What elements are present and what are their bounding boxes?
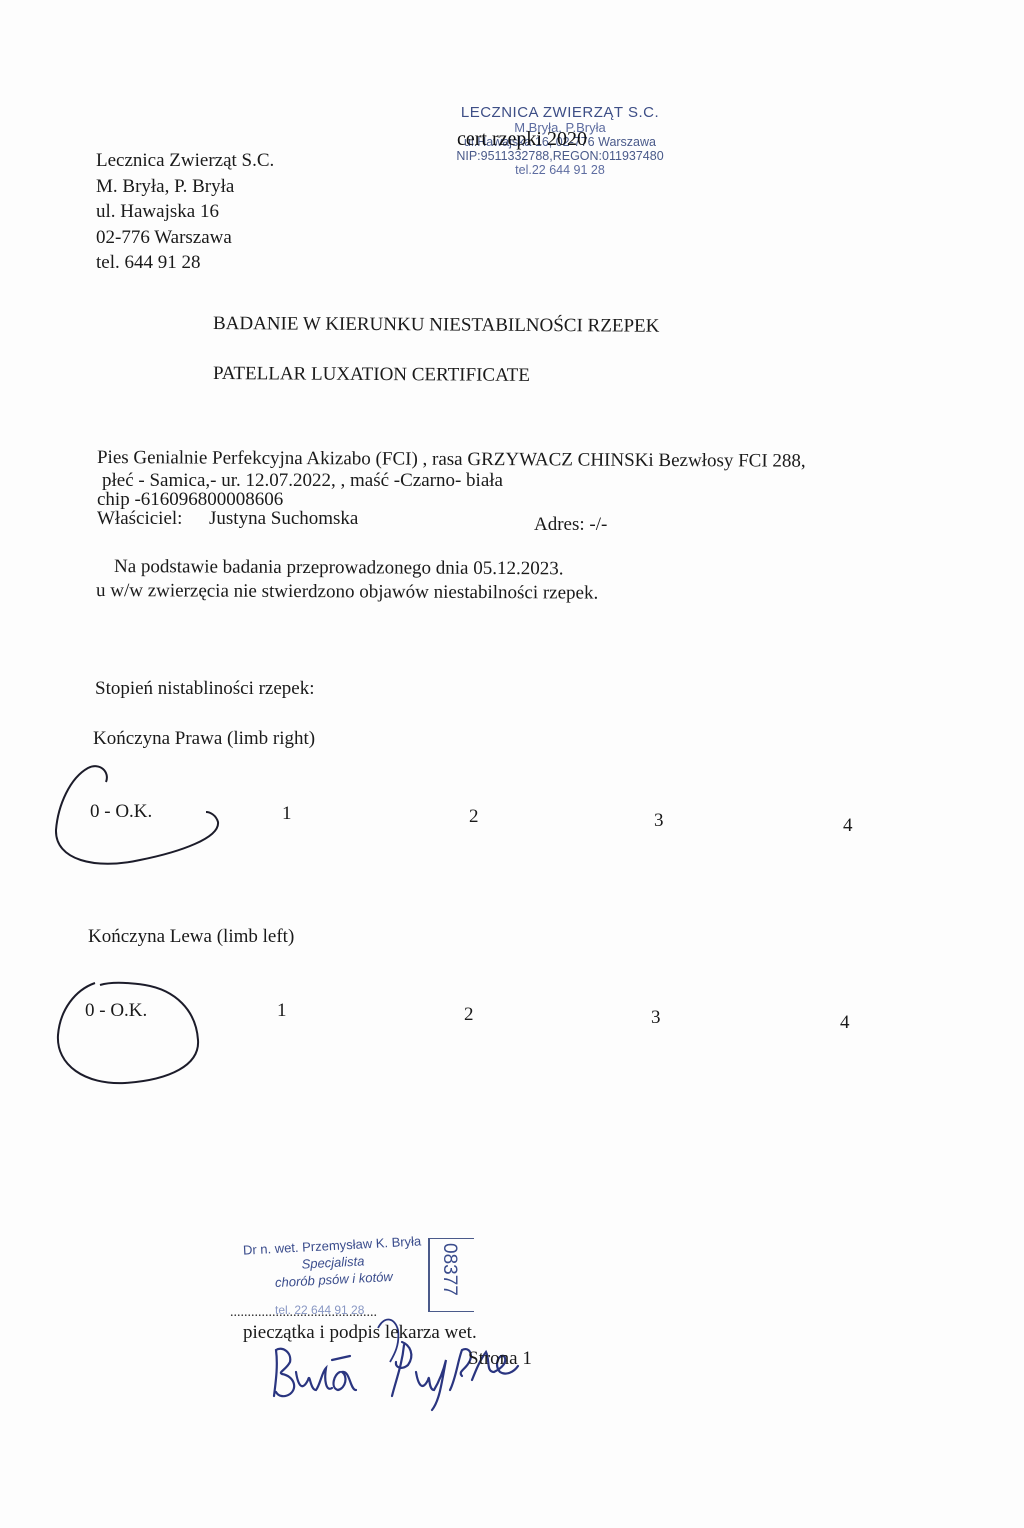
left-grade-0: 0 - O.K. [85, 1000, 147, 1022]
stamp-ids: NIP:9511332788,REGON:011937480 [430, 149, 690, 163]
owner-name: Justyna Suchomska [209, 508, 358, 530]
signature-label: pieczątka i podpis lekarza wet. [243, 1322, 477, 1344]
stamp-clinic-name: LECZNICA ZWIERZĄT S.C. [430, 104, 690, 121]
left-grade-1: 1 [277, 1000, 287, 1022]
left-grade-3: 3 [651, 1007, 661, 1029]
clinic-city: 02-776 Warszawa [96, 225, 274, 251]
right-grade-1: 1 [282, 803, 292, 825]
clinic-phone: tel. 644 91 28 [96, 250, 274, 276]
exam-result-statement: u w/w zwierzęcia nie stwierdzono objawów… [96, 580, 598, 605]
right-grade-4: 4 [843, 815, 853, 837]
signature-line: ........................................… [230, 1305, 377, 1321]
cert-label: cert rzepki 2020 [457, 128, 587, 151]
right-grade-0: 0 - O.K. [90, 801, 152, 823]
owner-label: Właściciel: [97, 508, 182, 530]
left-grade-2: 2 [464, 1004, 474, 1026]
clinic-address-block: Lecznica Zwierząt S.C. M. Bryła, P. Brył… [96, 148, 274, 276]
doctor-license-box: 08377 [428, 1238, 474, 1312]
exam-date-statement: Na podstawie badania przeprowadzonego dn… [114, 556, 564, 580]
left-grade-selection-circle [58, 983, 198, 1083]
clinic-owners: M. Bryła, P. Bryła [96, 174, 274, 200]
right-grade-3: 3 [654, 810, 664, 832]
stamp-tel: tel.22 644 91 28 [430, 163, 690, 178]
limb-left-label: Kończyna Lewa (limb left) [88, 926, 294, 948]
owner-address: Adres: -/- [534, 514, 607, 536]
clinic-name: Lecznica Zwierząt S.C. [96, 148, 274, 174]
grade-heading: Stopień nistabliności rzepek: [95, 678, 315, 700]
title-polish: BADANIE W KIERUNKU NIESTABILNOŚCI RZEPEK [213, 313, 660, 338]
dog-name-breed: Pies Genialnie Perfekcyjna Akizabo (FCI)… [97, 447, 806, 473]
doctor-stamp: Dr n. wet. Przemysław K. Bryła Specjalis… [237, 1233, 429, 1293]
page-number: Strona 1 [468, 1348, 532, 1370]
clinic-street: ul. Hawajska 16 [96, 199, 274, 225]
title-english: PATELLAR LUXATION CERTIFICATE [213, 363, 530, 387]
doctor-license-number: 08377 [438, 1243, 460, 1296]
limb-right-label: Kończyna Prawa (limb right) [93, 728, 315, 750]
right-grade-2: 2 [469, 806, 479, 828]
left-grade-4: 4 [840, 1012, 850, 1034]
